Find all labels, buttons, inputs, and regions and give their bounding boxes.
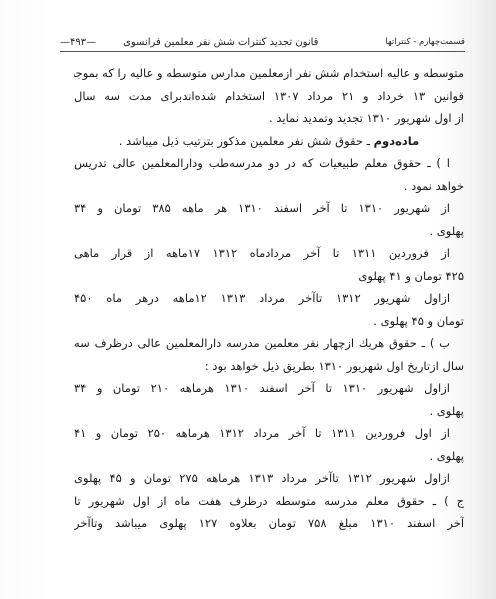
text-line: پهلوی . — [74, 400, 464, 423]
header-rule — [60, 51, 465, 52]
text-line: متوسطه و عالیه استخدام شش نفر ازمعلمین م… — [74, 62, 464, 85]
text-line: آخر اسفند ۱۳۱۰ مبلغ ۷۵۸ تومان بعلاوه ۱۲۷… — [74, 512, 464, 535]
period-line: از شهریور ۱۳۱۰ تا آخر اسفند ۱۳۱۰ هر ماهه… — [74, 197, 464, 220]
period-line: ازاول شهریور ۱۳۱۲ تاآخر مرداد ۱۳۱۳ ۱۲ماه… — [74, 287, 464, 310]
article-two-line: ماده‌دوم ـ حقوق شش نفر معلمین مذکور بترت… — [74, 130, 464, 153]
item-a-line: ا ) ـ حقوق معلم طبیعیات که در دو مدرسه‌ط… — [74, 152, 464, 175]
text-line: ۴۲۵ تومان و ۴۱ پهلوی — [74, 265, 464, 288]
text-line: تومان و ۴۵ پهلوی . — [74, 310, 464, 333]
running-title: قانون تجدید کنترات شش نفر معلمین فرانسوی — [123, 37, 318, 48]
period-line: از فروردین ۱۳۱۱ تا آخر مردادماه ۱۳۱۲ ۱۷م… — [74, 242, 464, 265]
text-line: قوانین ۱۳ خرداد و ۲۱ مرداد ۱۳۰۷ استخدام … — [74, 85, 464, 108]
article-text: ـ حقوق شش نفر معلمین مذکور بترتیب ذیل می… — [119, 134, 374, 148]
period-line: ازاول شهریور ۱۳۱۲ تاآخر مرداد ۱۳۱۳ هرماه… — [74, 467, 464, 490]
period-line: ازاول شهریور ۱۳۱۰ تا آخر اسفند ۱۳۱۰ هرما… — [74, 377, 464, 400]
item-b-line: ب ) ـ حقوق هریك ازچهار نفر معلمین مدرسه … — [74, 332, 464, 355]
document-page: قسمت‌چهارم - کنتراتها قانون تجدید کنترات… — [0, 0, 496, 599]
page-number: —۴۹۳— — [60, 37, 96, 48]
text-line: سال ازتاریخ اول شهریور ۱۳۱۰ بطریق ذیل خو… — [74, 355, 464, 378]
page-header: قسمت‌چهارم - کنتراتها قانون تجدید کنترات… — [60, 33, 465, 51]
period-line: از اول فروردین ۱۳۱۱ تا آخر مرداد ۱۳۱۲ هر… — [74, 422, 464, 445]
article-heading: ماده‌دوم — [374, 134, 420, 148]
text-line: خواهد نمود . — [74, 175, 464, 198]
section-label: قسمت‌چهارم - کنتراتها — [385, 37, 465, 47]
text-line: از اول شهریور ۱۳۱۰ تجدید وتمدید نماید . — [74, 107, 464, 130]
item-c-line: ج ) ـ حقوق معلم مدرسه متوسطه درظرف هفت م… — [74, 490, 464, 513]
body-text: متوسطه و عالیه استخدام شش نفر ازمعلمین م… — [74, 62, 464, 535]
text-line: پهلوی . — [74, 220, 464, 243]
text-line: پهلوی . — [74, 445, 464, 468]
